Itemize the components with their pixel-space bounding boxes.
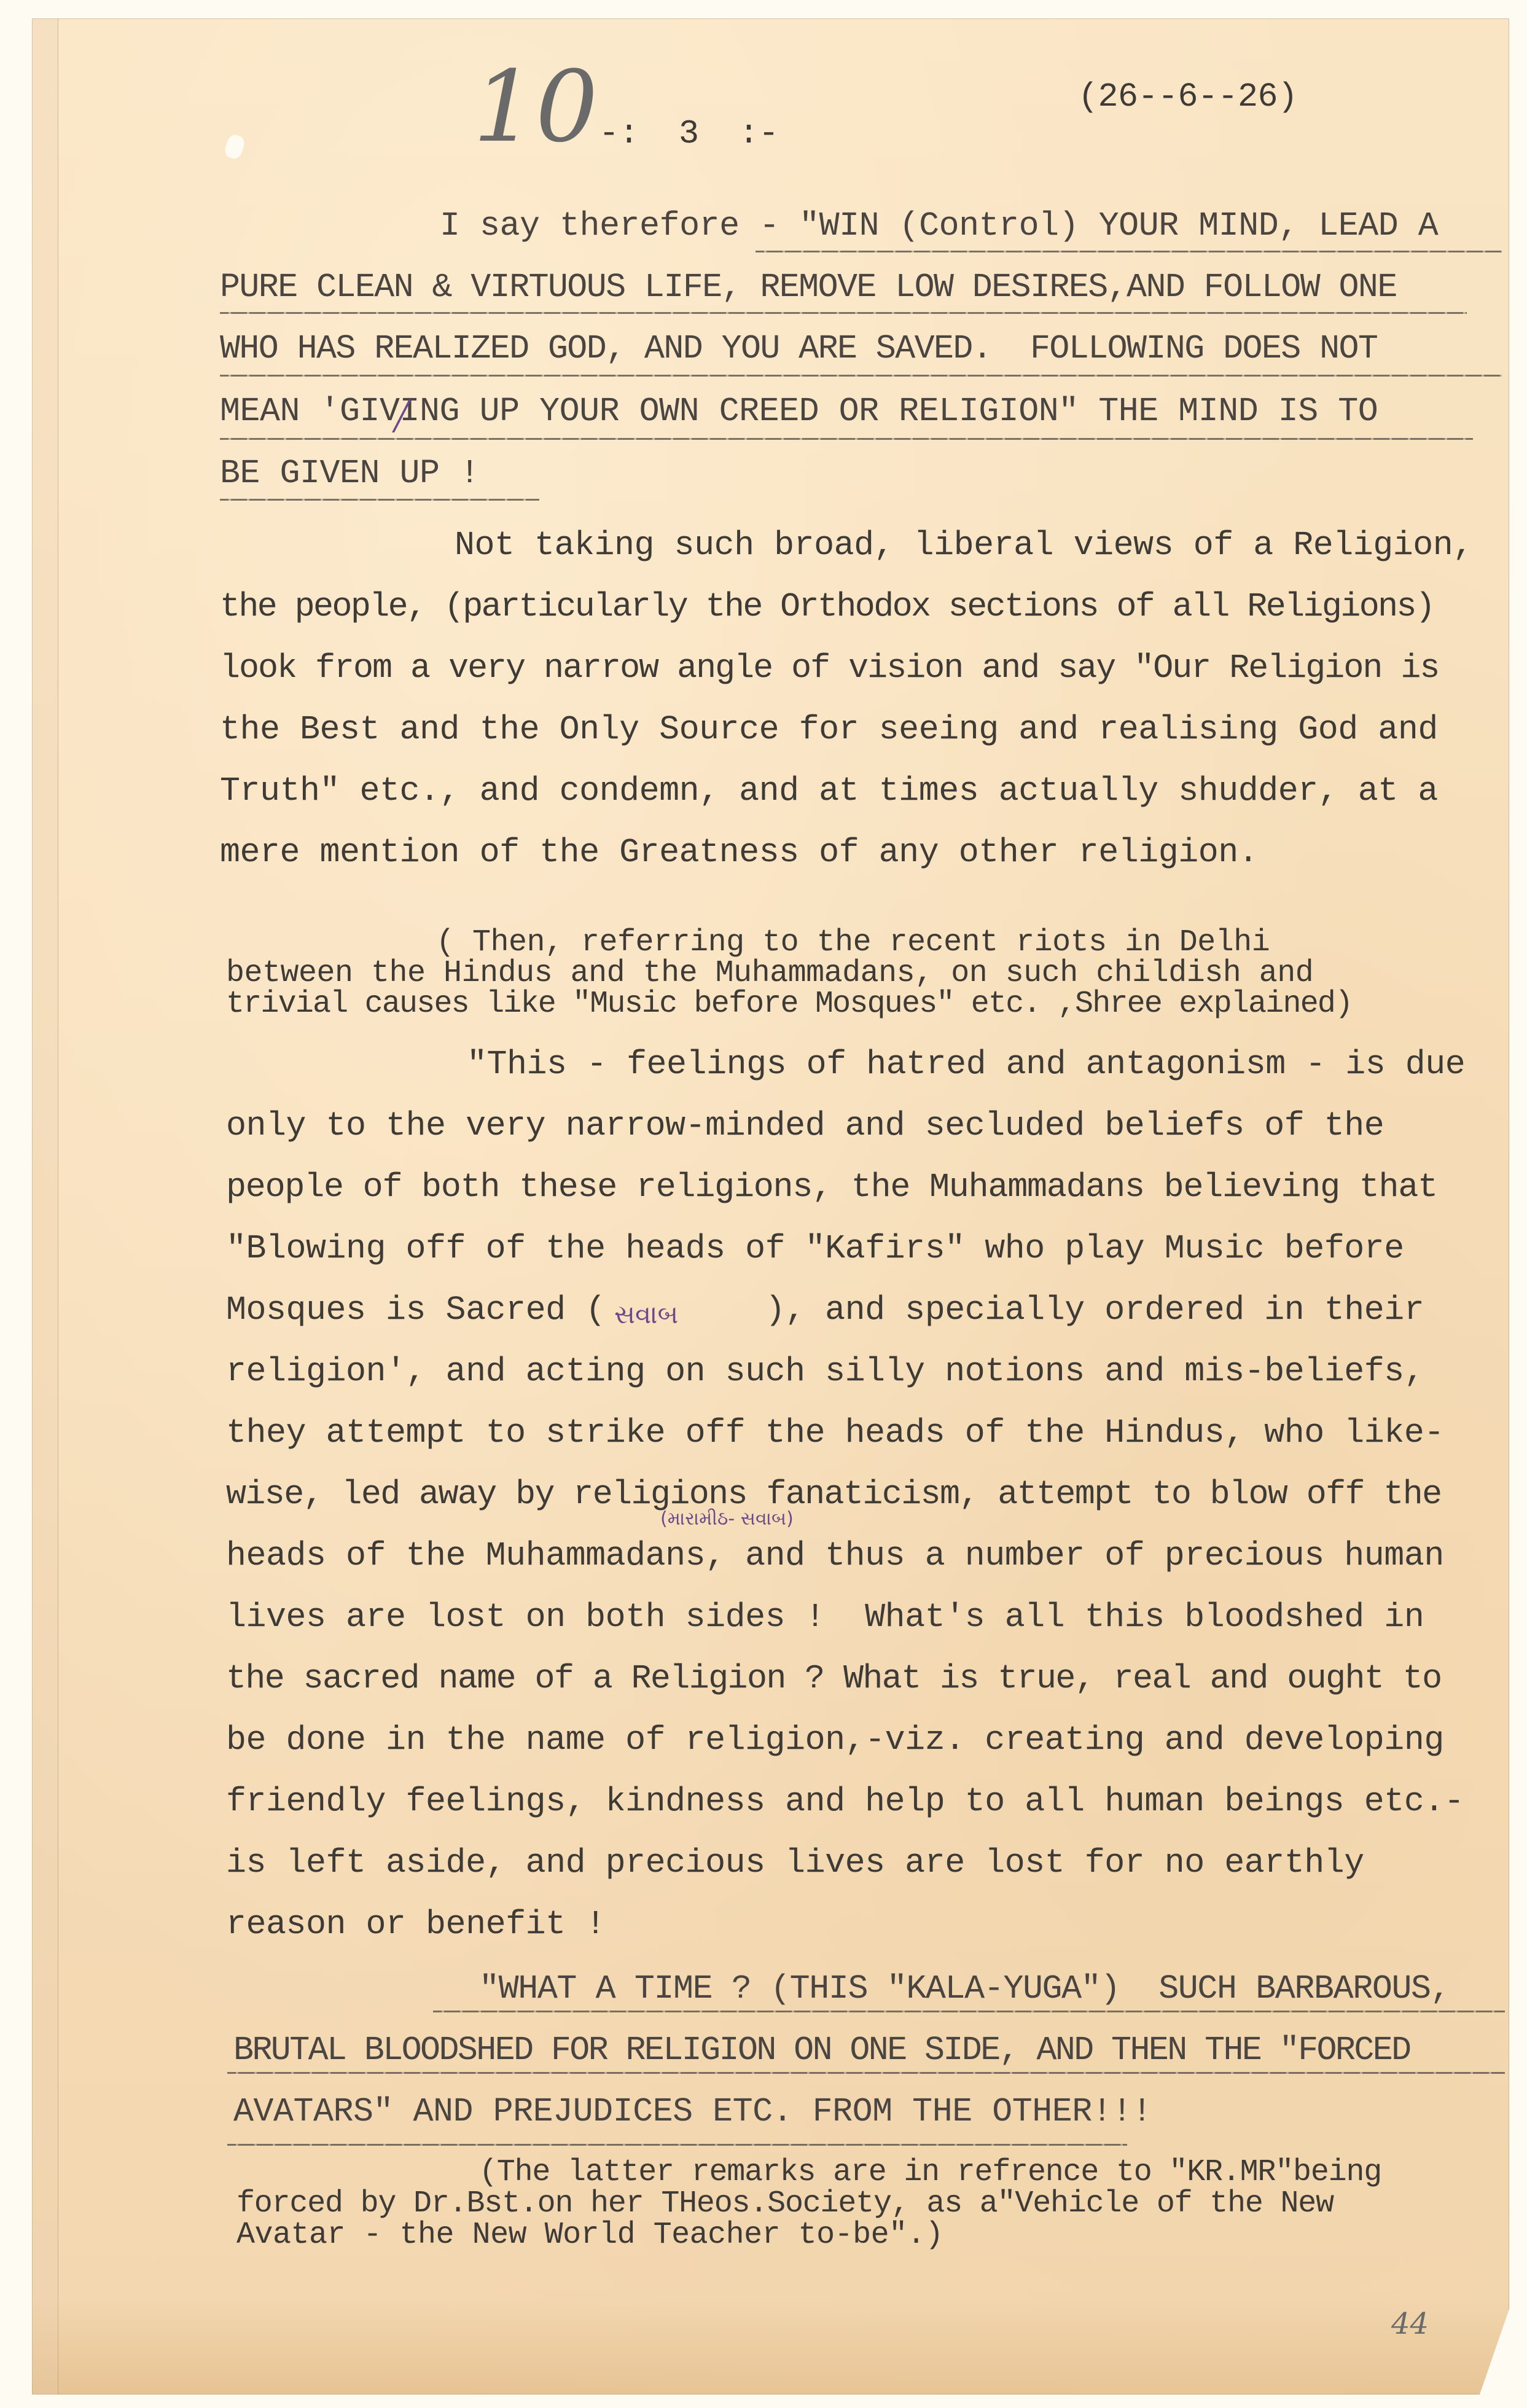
text-line: heads of the Muhammadans, and thus a num… — [226, 1539, 1444, 1573]
underline — [220, 438, 1473, 440]
text-line: (The latter remarks are in refrence to "… — [479, 2157, 1381, 2188]
text-line: wise, led away by religions fanaticism, … — [226, 1477, 1442, 1511]
text-line: lives are lost on both sides ! What's al… — [226, 1600, 1424, 1634]
text-line: friendly feelings, kindness and help to … — [226, 1784, 1464, 1818]
text-line: ( Then, referring to the recent riots in… — [436, 928, 1270, 958]
text-line: Truth" etc., and condemn, and at times a… — [220, 774, 1438, 808]
text-line: mere mention of the Greatness of any oth… — [220, 835, 1258, 869]
text-line: Not taking such broad, liberal views of … — [455, 528, 1473, 562]
text-line: the people, (particularly the Orthodox s… — [220, 590, 1434, 623]
underline — [220, 375, 1502, 377]
handwritten-gujarati-annotation: (મારામીઠ- સવાબ) — [660, 1508, 794, 1530]
handwritten-page-number: 10 — [473, 49, 598, 164]
text-line: "WHAT A TIME ? (THIS "KALA-YUGA") SUCH B… — [479, 1972, 1450, 2006]
text-line: PURE CLEAN & VIRTUOUS LIFE, REMOVE LOW D… — [220, 270, 1397, 304]
text-line: be done in the name of religion,-viz. cr… — [226, 1723, 1444, 1757]
text-line: they attempt to strike off the heads of … — [226, 1416, 1444, 1450]
typed-page-marker: -: 3 :- — [599, 117, 779, 150]
text-line: "Blowing off of the heads of "Kafirs" wh… — [226, 1232, 1404, 1265]
text-line: "This - feelings of hatred and antagonis… — [467, 1047, 1465, 1081]
text-line: the Best and the Only Source for seeing … — [220, 713, 1438, 746]
text-line: Mosques is Sacred ( ), and specially ord… — [226, 1293, 1424, 1327]
text-line: between the Hindus and the Muhammadans, … — [226, 958, 1313, 989]
underline — [220, 499, 539, 501]
underline — [756, 251, 1502, 252]
text-line: reason or benefit ! — [226, 1907, 606, 1941]
document-date: (26--6--26) — [1078, 80, 1298, 114]
handwritten-gujarati-annotation: સવાબ — [614, 1299, 678, 1330]
text-line: trivial causes like "Music before Mosque… — [226, 989, 1352, 1020]
handwritten-correction-mark: ╱ — [393, 399, 410, 432]
paper-fold-margin — [32, 18, 58, 2394]
text-line: look from a very narrow angle of vision … — [220, 651, 1439, 685]
text-line: BE GIVEN UP ! — [220, 456, 480, 490]
underline — [433, 2011, 1505, 2012]
underline — [220, 312, 1467, 314]
text-line: the sacred name of a Religion ? What is … — [226, 1662, 1442, 1695]
text-line: WHO HAS REALIZED GOD, AND YOU ARE SAVED.… — [220, 332, 1377, 365]
text-line: AVATARS" AND PREJUDICES ETC. FROM THE OT… — [233, 2095, 1152, 2128]
text-line: people of both these religions, the Muha… — [226, 1170, 1437, 1204]
text-line: Avatar - the New World Teacher to-be".) — [236, 2220, 943, 2251]
text-line: forced by Dr.Bst.on her THeos.Society, a… — [236, 2189, 1334, 2219]
text-line: BRUTAL BLOODSHED FOR RELIGION ON ONE SID… — [233, 2033, 1410, 2067]
underline — [227, 2144, 1127, 2146]
text-line: religion', and acting on such silly noti… — [226, 1354, 1424, 1388]
folio-number: 44 — [1391, 2307, 1429, 2341]
text-line: is left aside, and precious lives are lo… — [226, 1846, 1364, 1880]
text-line: I say therefore - "WIN (Control) YOUR MI… — [440, 209, 1438, 243]
underline — [227, 2072, 1505, 2074]
text-line: only to the very narrow-minded and seclu… — [226, 1109, 1384, 1143]
